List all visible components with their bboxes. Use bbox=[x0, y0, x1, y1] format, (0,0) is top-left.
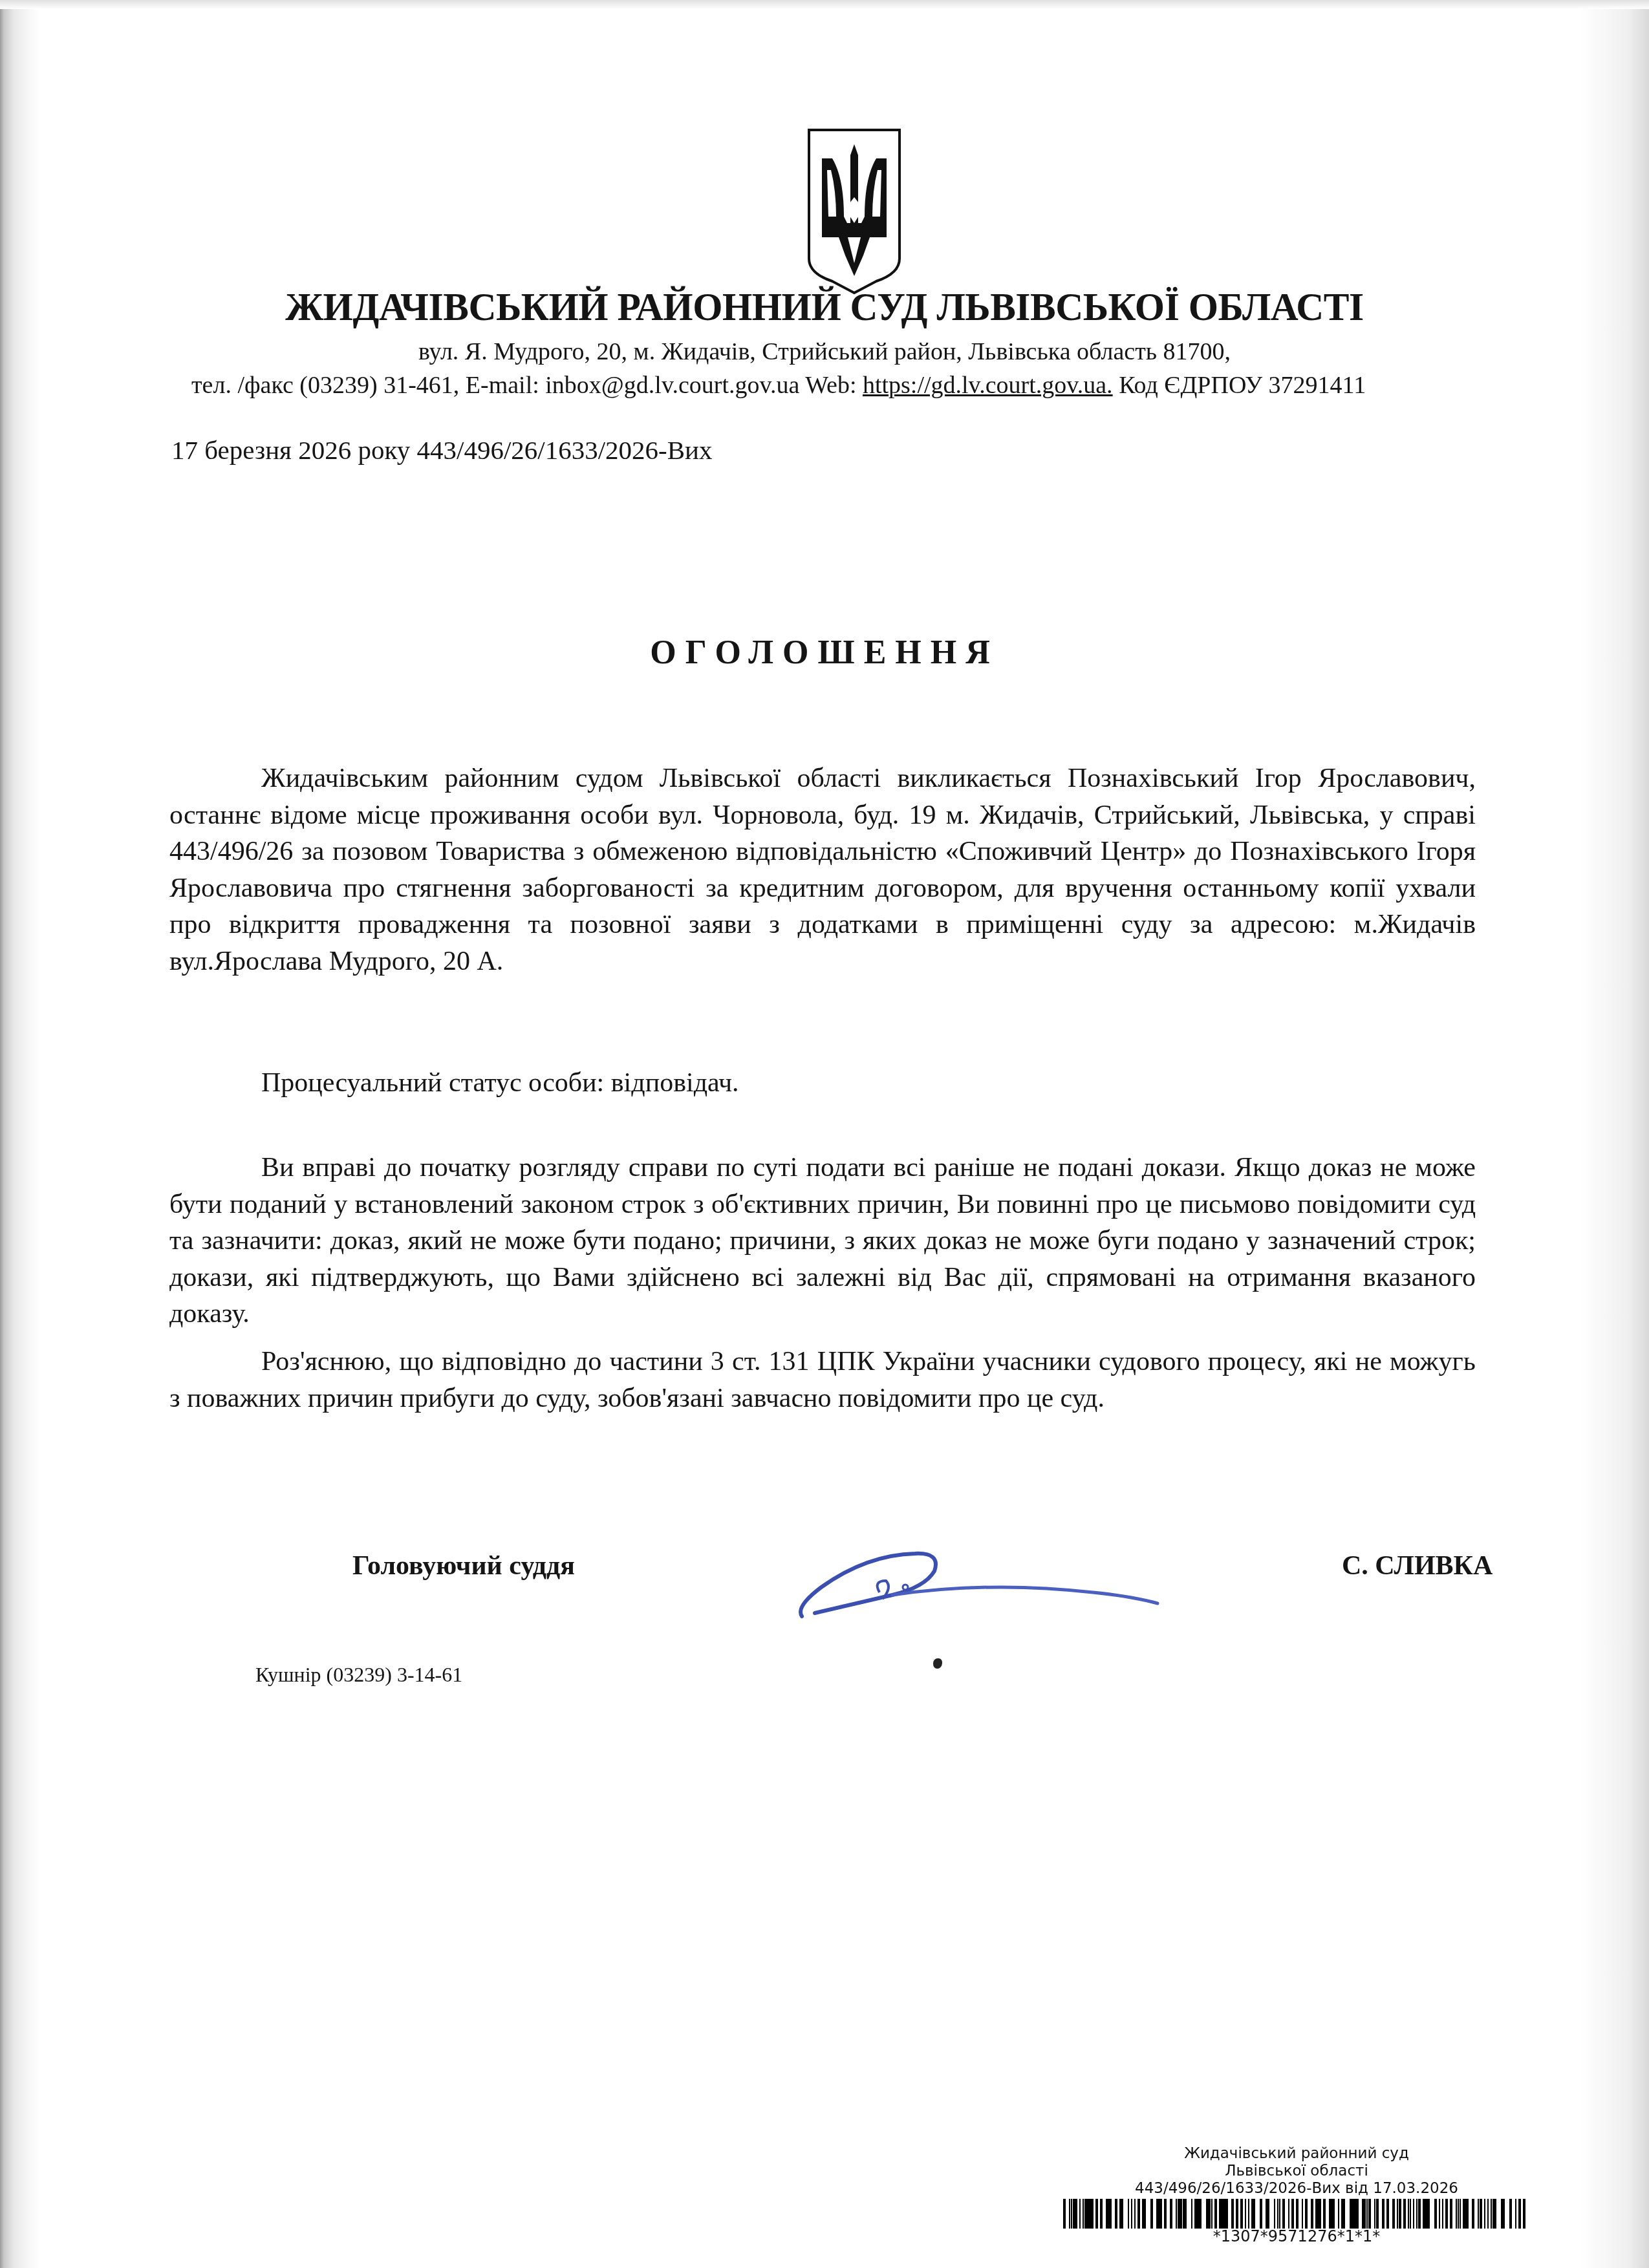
scan-speck bbox=[933, 1658, 942, 1669]
paragraph-explanation: Роз'яснюю, що відповідно до частини 3 ст… bbox=[169, 1343, 1476, 1417]
judge-name: С. СЛИВКА bbox=[1342, 1550, 1493, 1581]
paragraph-evidence: Ви вправі до початку розгляду справи по … bbox=[169, 1150, 1476, 1332]
stamp-region-line: Львівської області bbox=[1051, 2163, 1542, 2180]
scan-edge-top bbox=[0, 0, 1649, 9]
court-address: вул. Я. Мудрого, 20, м. Жидачів, Стрийсь… bbox=[0, 337, 1649, 366]
document-title: ОГОЛОШЕННЯ bbox=[0, 634, 1649, 672]
contact-person: Кушнір (03239) 3-14-61 bbox=[255, 1663, 462, 1687]
paragraph-text: Роз'яснюю, що відповідно до частини 3 ст… bbox=[169, 1343, 1476, 1417]
paragraph-summons: Жидачівським районним судом Львівської о… bbox=[169, 760, 1476, 979]
barcode-number: *1307*9571276*1*1* bbox=[1051, 2229, 1542, 2244]
signature-icon bbox=[795, 1542, 1222, 1626]
stamp-court-line: Жидачівський районний суд bbox=[1051, 2145, 1542, 2163]
contact-phone-email: тел. /факс (03239) 31-461, E-mail: inbox… bbox=[191, 372, 863, 399]
judge-role: Головуючий суддя bbox=[352, 1550, 575, 1581]
barcode-icon bbox=[1063, 2199, 1530, 2229]
outgoing-reference: 17 березня 2026 року 443/496/26/1633/202… bbox=[171, 434, 713, 465]
paragraph-text: Жидачівським районним судом Львівської о… bbox=[169, 760, 1476, 979]
coat-of-arms-icon bbox=[805, 126, 903, 297]
edrpou-code: Код ЄДРПОУ 37291411 bbox=[1113, 372, 1366, 399]
paragraph-text: Процесуальний статус особи: відповідач. bbox=[169, 1065, 1476, 1102]
court-name: ЖИДАЧІВСЬКИЙ РАЙОННИЙ СУД ЛЬВІВСЬКОЇ ОБЛ… bbox=[33, 284, 1616, 330]
registration-stamp: Жидачівський районний суд Львівської обл… bbox=[1051, 2145, 1542, 2244]
website-link[interactable]: https://gd.lv.court.gov.ua. bbox=[863, 372, 1113, 399]
paragraph-status: Процесуальний статус особи: відповідач. bbox=[169, 1065, 1476, 1102]
paragraph-text: Ви вправі до початку розгляду справи по … bbox=[169, 1150, 1476, 1332]
stamp-reference-line: 443/496/26/1633/2026-Вих від 17.03.2026 bbox=[1051, 2180, 1542, 2198]
court-contacts: тел. /факс (03239) 31-461, E-mail: inbox… bbox=[191, 371, 1366, 400]
